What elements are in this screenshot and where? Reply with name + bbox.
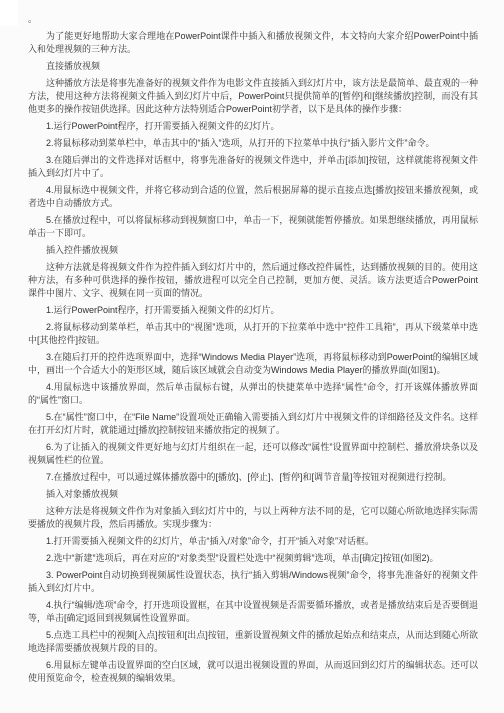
section-heading: 插入控件播放视频 xyxy=(28,244,478,257)
step-paragraph: 4.用鼠标选中该播放界面，然后单击鼠标右键，从弹出的快捷菜单中选择“属性”命令，… xyxy=(28,381,478,407)
article-page: 。为了能更好地帮助大家合理地在PowerPoint课件中插入和播放视频文件，本文… xyxy=(28,13,478,689)
step-paragraph: 5.在“属性”窗口中，在“File Name”设置项处正确输入需要插入到幻灯片中… xyxy=(28,411,478,437)
step-paragraph: 3.在随后弹出的文件选择对话框中，将事先准备好的视频文件选中，并单击[添加]按钮… xyxy=(28,154,478,180)
step-paragraph: 1.运行PowerPoint程序，打开需要插入视频文件的幻灯片。 xyxy=(28,304,478,317)
paragraph: 为了能更好地帮助大家合理地在PowerPoint课件中插入和播放视频文件，本文特… xyxy=(28,30,478,56)
step-paragraph: 3. PowerPoint自动切换到视频属性设置状态，执行“插入剪辑/Windo… xyxy=(28,569,478,595)
step-paragraph: 6.用鼠标左键单击设置界面的空白区域，就可以退出视频设置的界面，从而返回到幻灯片… xyxy=(28,659,478,685)
step-paragraph: 5.在播放过程中，可以将鼠标移动到视频窗口中，单击一下，视频就能暂停播放。如果想… xyxy=(28,214,478,240)
paragraph: 这种播放方法是将事先准备好的视频文件作为电影文件直接插入到幻灯片中，该方法是最简… xyxy=(28,77,478,116)
step-paragraph: 2.将鼠标移动到菜单栏中，单击其中的“插入”选项，从打开的下拉菜单中执行“插入影… xyxy=(28,137,478,150)
step-paragraph: 1.打开需要插入视频文件的幻灯片，单击“插入/对象”命令，打开“插入对象”对话框… xyxy=(28,535,478,548)
step-paragraph: 2.选中“新建”选项后，再在对应的“对象类型”设置栏处选中“视频剪辑”选项，单击… xyxy=(28,552,478,565)
step-paragraph: 4.执行“编辑/选项”命令，打开选项设置框，在其中设置视频是否需要循环播放，或者… xyxy=(28,599,478,625)
step-paragraph: 5.点选工具栏中的视频[入点]按钮和[出点]按钮，重新设置视频文件的播放起始点和… xyxy=(28,629,478,655)
paragraph: 这种方法是将视频文件作为对象插入到幻灯片中的，与以上两种方法不同的是，它可以随心… xyxy=(28,505,478,531)
step-paragraph: 2.将鼠标移动到菜单栏，单击其中的“视图”选项，从打开的下拉菜单中选中“控件工具… xyxy=(28,321,478,347)
step-paragraph: 6.为了让插入的视频文件更好地与幻灯片组织在一起，还可以修改“属性”设置界面中控… xyxy=(28,441,478,467)
section-heading: 直接播放视频 xyxy=(28,60,478,73)
corner-highlight xyxy=(0,0,18,26)
step-paragraph: 4.用鼠标选中视频文件，并将它移动到合适的位置，然后根据屏幕的提示直接点选[播放… xyxy=(28,184,478,210)
stray-punctuation-mark: 。 xyxy=(28,13,478,26)
section-heading: 插入对象播放视频 xyxy=(28,488,478,501)
paragraph: 这种方法就是将视频文件作为控件插入到幻灯片中的，然后通过修改控件属性，达到播放视… xyxy=(28,261,478,300)
step-paragraph: 1.运行PowerPoint程序，打开需要插入视频文件的幻灯片。 xyxy=(28,120,478,133)
step-paragraph: 7.在播放过程中，可以通过媒体播放器中的[播放]、[停止]、[暂停]和[调节音量… xyxy=(28,471,478,484)
step-paragraph: 3.在随后打开的控件选项界面中，选择“Windows Media Player”… xyxy=(28,351,478,377)
